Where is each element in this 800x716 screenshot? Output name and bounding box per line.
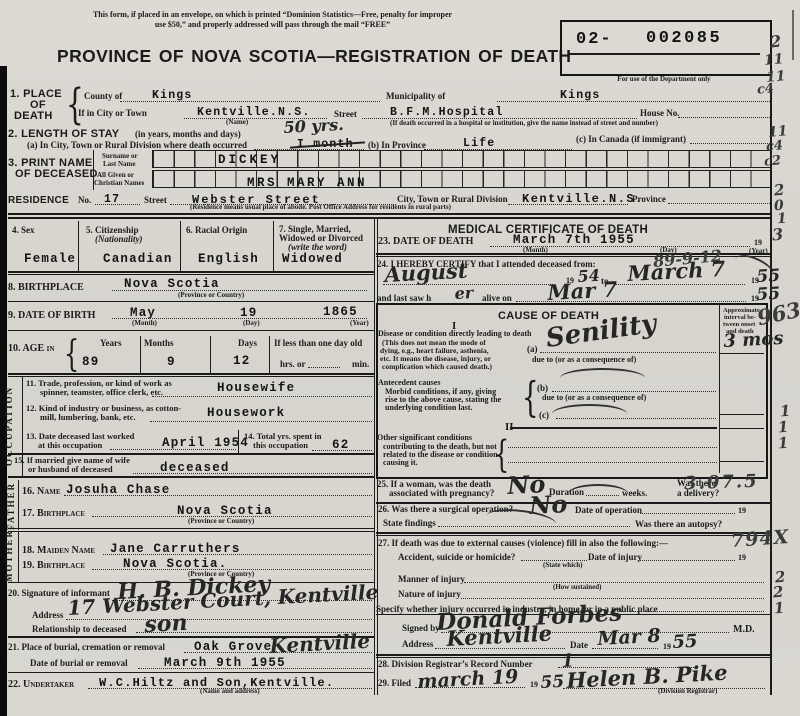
given-boxes bbox=[152, 170, 772, 188]
s15-value: deceased bbox=[160, 462, 230, 475]
cell-divider bbox=[180, 221, 181, 271]
signed-date-value: Mar 8 bbox=[597, 627, 661, 649]
age-months-header: Months bbox=[144, 339, 174, 349]
father-birthplace-label: 17. Birthplace bbox=[22, 508, 85, 519]
informant-address-label: Address bbox=[32, 611, 63, 621]
undertaker-label: 22. Undertaker bbox=[8, 679, 74, 690]
interval-cell-rule bbox=[719, 428, 764, 429]
filed-date-value: march 19 bbox=[417, 668, 519, 692]
residence-street-label: Street bbox=[144, 196, 167, 206]
street-sub: (If death occurred in a hospital or inst… bbox=[390, 120, 658, 128]
age-months-value: 9 bbox=[167, 356, 176, 369]
nature-label: Nature of injury bbox=[398, 590, 461, 600]
lastsaw-value: Mar 7 bbox=[547, 278, 618, 303]
handwritten-flourish bbox=[568, 484, 628, 494]
injury-date-line bbox=[638, 560, 735, 561]
cell-divider bbox=[78, 221, 79, 271]
duration-line bbox=[586, 495, 619, 496]
informant-address-value: 17 Webster Court, Kentville bbox=[67, 582, 379, 618]
stamp-caption: For use of the Department only bbox=[560, 76, 768, 84]
rule bbox=[8, 330, 375, 331]
s11-label2: spinner, teamster, office clerk, etc. bbox=[40, 388, 163, 397]
dob-label: 9. DATE OF BIRTH bbox=[8, 310, 95, 321]
father-side-label: FATHER bbox=[6, 484, 16, 530]
birthplace-sub: (Province or Country) bbox=[178, 292, 244, 300]
cause-a-interval: 3 mos bbox=[723, 330, 784, 351]
margin-note: 794X bbox=[730, 528, 790, 551]
registrar-sub: (Division Registrar) bbox=[658, 688, 717, 696]
margin-note: 3.07.5 bbox=[684, 473, 759, 494]
autopsy-label: Was there an autopsy? bbox=[635, 520, 722, 530]
dob-day-sub: (Day) bbox=[243, 320, 260, 328]
residence-province-line bbox=[668, 203, 770, 204]
age-years-value: 89 bbox=[82, 356, 99, 369]
margin-note: c4 bbox=[756, 82, 774, 96]
s12-label2: mill, lumbering, bank, etc. bbox=[40, 413, 136, 422]
residence-no-label: No. bbox=[78, 196, 91, 206]
s13-value: April 1954 bbox=[162, 437, 249, 450]
mailing-note-line2: use $50,” and properly addressed will pa… bbox=[60, 21, 485, 30]
disease-note-4: complication which caused death.) bbox=[382, 363, 492, 371]
rule bbox=[8, 528, 375, 529]
father-birthplace-value: Nova Scotia bbox=[177, 505, 273, 518]
age-hrs-line bbox=[308, 367, 340, 368]
margin-note: c4 bbox=[765, 139, 783, 153]
s15-label2: or husband of deceased bbox=[28, 465, 113, 474]
cause-a-tag: (a) bbox=[527, 345, 538, 355]
interval-cell-rule bbox=[719, 461, 764, 462]
interval-cell-rule bbox=[719, 353, 764, 354]
dob-month: May bbox=[130, 307, 156, 320]
form-title: PROVINCE OF NOVA SCOTIA—REGISTRATION OF … bbox=[57, 46, 571, 67]
burial-place-value: Oak Grove bbox=[194, 641, 272, 654]
physician-address-label: Address bbox=[402, 640, 433, 650]
filed-year-pre: 19 bbox=[530, 681, 538, 690]
certify-from-value: August bbox=[384, 260, 468, 285]
death-date-value: March 7th 1955 bbox=[513, 234, 635, 247]
mother-maiden-value: Jane Carruthers bbox=[110, 543, 241, 556]
md-label: M.D. bbox=[733, 624, 755, 635]
s1-brace: { bbox=[66, 84, 84, 126]
rule bbox=[8, 301, 375, 302]
signed-year-value: 55 bbox=[672, 633, 698, 652]
rule bbox=[8, 476, 375, 478]
s2b-value: Life bbox=[463, 138, 495, 150]
given-label2: Christian Names bbox=[94, 180, 144, 188]
other-line4: causing it. bbox=[383, 459, 418, 468]
filed-label: 29. Filed bbox=[378, 679, 411, 689]
operation-date-line bbox=[640, 513, 735, 514]
rule bbox=[376, 532, 770, 534]
manner-line bbox=[464, 582, 764, 583]
physician-address-value: Kentville bbox=[446, 623, 553, 649]
age-days-value: 12 bbox=[233, 355, 250, 368]
given-value: MRS MARY ANN bbox=[247, 177, 367, 190]
house-no-label: House No. bbox=[640, 109, 680, 119]
residence-sub: (Residence means usual place of abode. P… bbox=[190, 204, 451, 212]
dob-year: 1865 bbox=[323, 306, 358, 319]
s14-label2: this occupation bbox=[253, 441, 308, 450]
mother-maiden-label: 18. Maiden Name bbox=[22, 545, 95, 556]
interval-cell-rule bbox=[719, 414, 764, 415]
burial-date-label: Date of burial or removal bbox=[30, 659, 128, 669]
birthplace-label: 8. BIRTHPLACE bbox=[8, 282, 84, 293]
interval-column-divider bbox=[719, 305, 720, 473]
sex-label: 4. Sex bbox=[12, 226, 35, 236]
burial-date-value: March 9th 1955 bbox=[164, 657, 286, 670]
relationship-label: Relationship to deceased bbox=[32, 625, 127, 635]
s2c-line bbox=[690, 143, 770, 144]
rule bbox=[8, 213, 770, 215]
cause-due2-label: due to (or as a consequence of) bbox=[542, 394, 646, 403]
s3-label-line2: OF DECEASED bbox=[15, 168, 98, 180]
margin-note: 2 bbox=[773, 183, 785, 199]
burial-place-handwritten: Kentville bbox=[269, 631, 371, 656]
margin-note: 1 bbox=[777, 436, 789, 452]
age-days-header: Days bbox=[238, 339, 257, 349]
cell-divider bbox=[210, 336, 211, 373]
s2a-handwritten: 50 yrs. bbox=[283, 117, 344, 136]
relationship-value: son bbox=[144, 612, 188, 636]
undertaker-sub: (Name and address) bbox=[200, 688, 260, 696]
signed-year-pre: 19 bbox=[663, 643, 671, 652]
s2-title: 2. LENGTH OF STAY bbox=[8, 128, 119, 140]
city-label: If in City or Town bbox=[78, 109, 147, 119]
margin-note: 11 bbox=[767, 124, 788, 140]
column-divider bbox=[374, 219, 375, 695]
citizenship-sub: (Nationality) bbox=[95, 235, 143, 245]
birthplace-value: Nova Scotia bbox=[124, 278, 220, 291]
occupation-side-label: OCCUPATION bbox=[4, 378, 14, 474]
weeks-label: weeks. bbox=[622, 489, 647, 499]
rule bbox=[8, 217, 770, 219]
operation-year: 19 bbox=[738, 507, 746, 516]
s12-line bbox=[150, 421, 372, 422]
informant-address-line bbox=[66, 619, 372, 620]
dob-year-sub: (Year) bbox=[350, 320, 369, 328]
state-which-sub: (State which) bbox=[543, 562, 582, 570]
margin-note: 11 bbox=[763, 52, 784, 68]
residence-label: RESIDENCE bbox=[8, 195, 69, 206]
residence-city-value: Kentville.N.S. bbox=[522, 193, 644, 205]
form-right-border bbox=[770, 86, 772, 695]
cause-due1-label: due to (or as a consequence of) bbox=[532, 356, 636, 365]
sustained-sub: (How sustained) bbox=[553, 584, 601, 592]
sex-value: Female bbox=[24, 253, 76, 266]
other-brace: { bbox=[494, 436, 509, 473]
death-certificate-scan: This form, if placed in an envelope, on … bbox=[0, 0, 800, 716]
rule bbox=[510, 427, 717, 429]
s2-paren: (in years, months and days) bbox=[135, 130, 241, 140]
father-name-value: Josuha Chase bbox=[66, 484, 170, 497]
cell-divider bbox=[238, 430, 239, 453]
signed-by-label: Signed by bbox=[402, 624, 440, 634]
stamp-box-rule bbox=[568, 53, 760, 55]
other-line-a bbox=[508, 447, 717, 448]
s14-value: 62 bbox=[332, 439, 349, 452]
cause-b-line bbox=[552, 391, 716, 392]
dob-month-sub: (Month) bbox=[132, 320, 157, 328]
cause-c-tag: (c) bbox=[539, 411, 549, 421]
specify-line bbox=[620, 611, 764, 612]
age-label: 10. AGE in bbox=[8, 343, 54, 354]
s11-line bbox=[152, 396, 372, 397]
margin-note: 963 bbox=[755, 299, 800, 329]
rule bbox=[8, 531, 375, 532]
other-line-b bbox=[508, 462, 717, 463]
s2c-label: (c) In Canada (if immigrant) bbox=[576, 135, 686, 145]
father-name-label: 16. Name bbox=[22, 486, 61, 497]
racial-origin-value: English bbox=[198, 253, 259, 266]
cause-roman-two: II bbox=[505, 421, 514, 433]
age-min-label: min. bbox=[352, 360, 369, 370]
dob-day: 19 bbox=[240, 307, 257, 320]
cause-c-line bbox=[556, 418, 716, 419]
s13-label2: at this occupation bbox=[38, 441, 102, 450]
external-causes-header: 27. If death was due to external causes … bbox=[378, 539, 668, 549]
findings-line bbox=[438, 526, 630, 527]
filed-year-value: 55 bbox=[540, 674, 565, 692]
municipality-value: Kings bbox=[560, 90, 601, 102]
rule bbox=[8, 376, 375, 377]
residence-no-value: 17 bbox=[104, 194, 120, 206]
rule bbox=[8, 672, 375, 673]
mother-side-label: MOTHER bbox=[4, 534, 14, 582]
mailing-note-line1: This form, if placed in an envelope, on … bbox=[60, 11, 485, 20]
house-no-line bbox=[678, 117, 770, 118]
s11-value: Housewife bbox=[217, 382, 295, 395]
margin-note: 3 bbox=[771, 227, 783, 244]
registration-number-prefix: 02- bbox=[576, 31, 613, 48]
city-name-sub: (Name) bbox=[226, 119, 248, 127]
pregnancy-label2: associated with pregnancy? bbox=[389, 489, 494, 499]
rule bbox=[8, 373, 375, 375]
operation-date-label: Date of operation bbox=[575, 506, 642, 516]
cell-divider bbox=[273, 221, 274, 271]
accident-label: Accident, suicide or homicide? bbox=[398, 553, 515, 563]
cell-divider bbox=[140, 336, 141, 373]
citizenship-value: Canadian bbox=[103, 253, 173, 266]
surname-value: DICKEY bbox=[218, 154, 281, 167]
rule bbox=[376, 535, 770, 536]
injury-year: 19 bbox=[738, 554, 746, 563]
mother-birthplace-label: 19. Birthplace bbox=[22, 560, 85, 571]
cause-a-line bbox=[540, 352, 716, 353]
death-date-label: 23. DATE OF DEATH bbox=[378, 236, 473, 247]
surname-label2: Last Name bbox=[103, 161, 135, 169]
father-birthplace-sub: (Province or Country) bbox=[188, 518, 254, 526]
cell-divider bbox=[269, 336, 270, 373]
mother-birthplace-value: Nova Scotia. bbox=[123, 558, 227, 571]
age-brace: { bbox=[64, 336, 79, 372]
mother-divider bbox=[18, 532, 19, 583]
scan-edge-mark bbox=[792, 10, 794, 60]
s12-value: Housework bbox=[207, 407, 285, 420]
age-hrs-label: hrs. or bbox=[280, 360, 306, 370]
manner-label: Manner of injury bbox=[398, 575, 465, 585]
margin-note: 1 bbox=[773, 601, 785, 617]
registration-number: 002085 bbox=[646, 30, 722, 47]
lastsaw-er: er bbox=[454, 285, 473, 302]
municipality-label: Municipality of bbox=[386, 92, 445, 102]
s1-label-line3: DEATH bbox=[14, 110, 53, 122]
age-years-header: Years bbox=[100, 339, 122, 349]
burial-place-label: 21. Place of burial, cremation or remova… bbox=[8, 643, 165, 653]
death-date-year-sub: (Year) bbox=[749, 248, 768, 256]
county-label: County of bbox=[84, 92, 122, 102]
age-less-header: If less than one day old bbox=[274, 339, 362, 349]
rule bbox=[8, 271, 375, 273]
street-value: B.F.M.Hospital bbox=[390, 107, 503, 119]
municipality-line bbox=[497, 101, 770, 102]
injury-date-label: Date of injury bbox=[588, 553, 642, 563]
racial-origin-label: 6. Racial Origin bbox=[186, 226, 247, 236]
certify-to-value: March 7 bbox=[627, 258, 726, 284]
margin-note: 2 bbox=[769, 34, 781, 51]
rule bbox=[8, 274, 375, 275]
morbid-line3: underlying condition last. bbox=[385, 404, 472, 413]
margin-note: c2 bbox=[763, 154, 781, 168]
marital-value: Widowed bbox=[282, 253, 343, 266]
residence-province-label: Province bbox=[632, 195, 666, 205]
county-value: Kings bbox=[152, 90, 193, 102]
findings-label: State findings bbox=[383, 519, 436, 529]
father-divider bbox=[18, 480, 19, 530]
